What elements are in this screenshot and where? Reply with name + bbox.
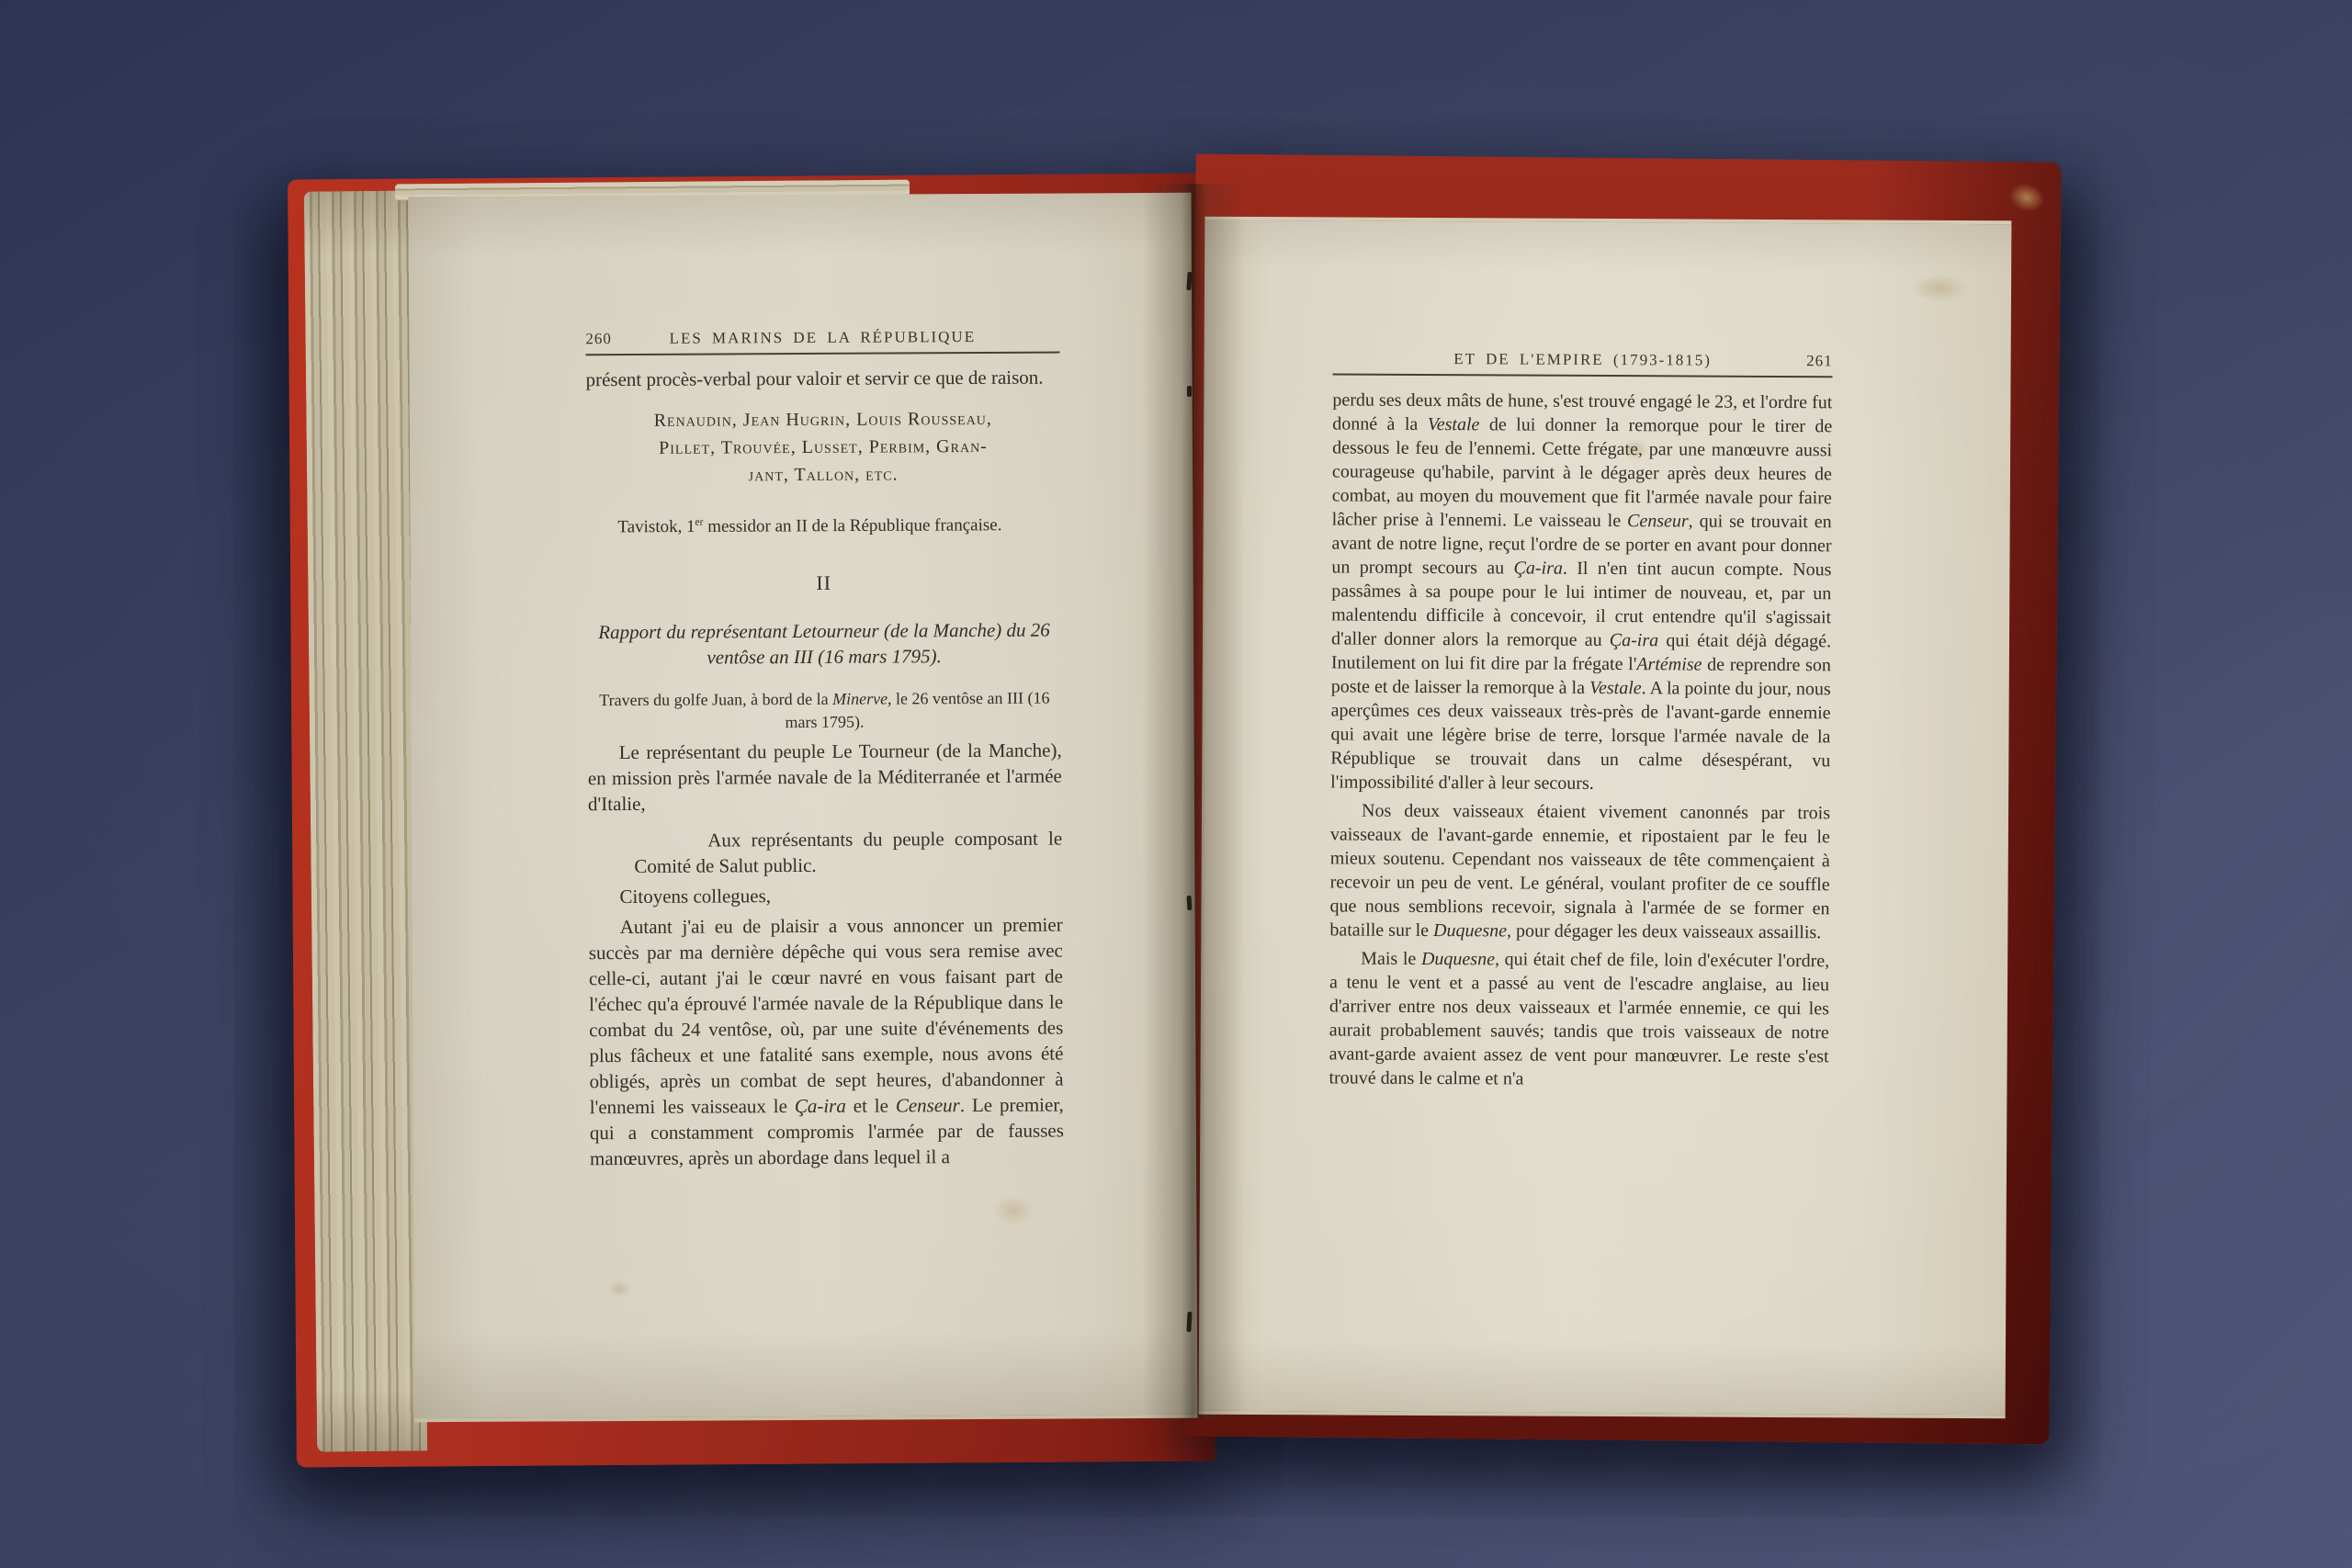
paragraph: perdu ses deux mâts de hune, s'est trouv… (1330, 388, 1832, 796)
right-page-header: ET DE L'EMPIRE (1793-1815) 261 (1333, 349, 1833, 378)
foxing-stain (992, 1195, 1035, 1226)
running-title: ET DE L'EMPIRE (1793-1815) (1397, 350, 1769, 370)
paragraph: Rapport du représentant Letourneur (de l… (587, 617, 1061, 671)
running-title: LES MARINS DE LA RÉPUBLIQUE (650, 328, 995, 348)
paragraph: II (587, 570, 1061, 598)
page-number: 261 (1769, 352, 1833, 370)
page-number: 260 (585, 330, 650, 348)
left-page-header: 260 LES MARINS DE LA RÉPUBLIQUE (585, 328, 1059, 356)
signature-line: Renaudin, Jean Hugrin, Louis Rousseau, (586, 405, 1060, 435)
paragraph: Aux représentants du peuple composant le… (588, 826, 1062, 880)
foxing-stain (1912, 275, 1967, 302)
paragraph: Tavistok, 1er messidor an II de la Répub… (586, 508, 1060, 541)
right-page-text: perdu ses deux mâts de hune, s'est trouv… (1329, 388, 1832, 1092)
paragraph: Autant j'ai eu de plaisir a vous annonce… (589, 912, 1064, 1172)
photo-background: 260 LES MARINS DE LA RÉPUBLIQUE présent … (0, 0, 2352, 1568)
signature-block: Renaudin, Jean Hugrin, Louis Rousseau,Pi… (586, 405, 1060, 491)
left-page-text: présent procès-verbal pour valoir et ser… (585, 365, 1064, 1172)
open-book: 260 LES MARINS DE LA RÉPUBLIQUE présent … (0, 0, 2352, 1568)
paragraph: Mais le Duquesne, qui était chef de file… (1329, 946, 1829, 1092)
paragraph: présent procès-verbal pour valoir et ser… (585, 365, 1059, 393)
left-page: 260 LES MARINS DE LA RÉPUBLIQUE présent … (409, 193, 1198, 1422)
signature-line: Pillet, Trouvée, Lusset, Perbim, Gran- (586, 433, 1060, 463)
signature-line: jant, Tallon, etc. (586, 460, 1060, 491)
paragraph: Citoyens collegues, (588, 882, 1062, 910)
right-page: ET DE L'EMPIRE (1793-1815) 261 perdu ses… (1199, 217, 2012, 1419)
paragraph: Travers du golfe Juan, à bord de la Mine… (587, 687, 1061, 736)
paragraph: Nos deux vaisseaux étaient vivement cano… (1329, 798, 1830, 944)
foxing-stain (607, 1280, 631, 1298)
paragraph: Le représentant du peuple Le Tourneur (d… (588, 738, 1062, 818)
